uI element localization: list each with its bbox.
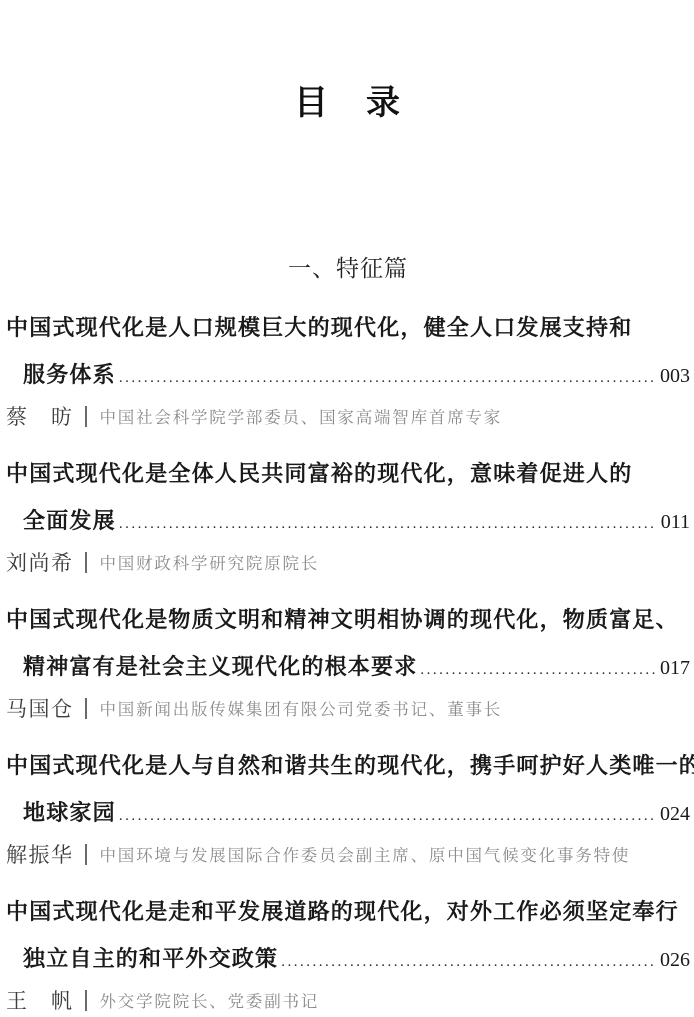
- entry-title-line1: 中国式现代化是全体人民共同富裕的现代化，意味着促进人的: [6, 461, 690, 487]
- entry-title-line2-row: 服务体系 ...................................…: [6, 362, 690, 388]
- entry-author-row: 蔡 昉 中国社会科学院学部委员、国家高端智库首席专家: [6, 404, 690, 428]
- toc-entry: 中国式现代化是人与自然和谐共生的现代化，携手呵护好人类唯一的 地球家园 ....…: [6, 753, 690, 866]
- author-role: 中国环境与发展国际合作委员会副主席、原中国气候变化事务特使: [100, 842, 631, 866]
- entry-title-line1: 中国式现代化是人与自然和谐共生的现代化，携手呵护好人类唯一的: [6, 753, 690, 779]
- dot-leader: ........................................…: [119, 516, 656, 533]
- toc-entry: 中国式现代化是物质文明和精神文明相协调的现代化，物质富足、 精神富有是社会主义现…: [6, 607, 690, 720]
- author-role: 中国社会科学院学部委员、国家高端智库首席专家: [100, 404, 503, 428]
- author-role: 外交学院院长、党委副书记: [100, 988, 320, 1012]
- toc-page: 目 录 一、特征篇 中国式现代化是人口规模巨大的现代化，健全人口发展支持和 服务…: [0, 0, 694, 1017]
- entry-author-row: 刘尚希 中国财政科学研究院原院长: [6, 550, 690, 574]
- separator-bar: [85, 844, 87, 865]
- entry-page-number: 017: [660, 657, 690, 680]
- author-role: 中国财政科学研究院原院长: [100, 550, 320, 574]
- entry-title-line2: 精神富有是社会主义现代化的根本要求: [23, 654, 417, 680]
- entry-title-line2: 全面发展: [23, 508, 116, 534]
- author-name: 刘尚希: [6, 547, 74, 577]
- separator-bar: [85, 698, 87, 719]
- entry-title-line2: 服务体系: [23, 362, 116, 388]
- entry-title-line2-row: 独立自主的和平外交政策 ............................…: [6, 946, 690, 972]
- entry-page-number: 024: [660, 803, 690, 826]
- separator-bar: [85, 990, 87, 1011]
- entry-title-line1: 中国式现代化是人口规模巨大的现代化，健全人口发展支持和: [6, 315, 690, 341]
- entry-title-line2-row: 精神富有是社会主义现代化的根本要求 ......................…: [6, 654, 690, 680]
- toc-entry: 中国式现代化是全体人民共同富裕的现代化，意味着促进人的 全面发展 .......…: [6, 461, 690, 574]
- entry-title-line1: 中国式现代化是物质文明和精神文明相协调的现代化，物质富足、: [6, 607, 690, 633]
- dot-leader: ........................................…: [420, 662, 655, 679]
- entry-page-number: 011: [661, 511, 690, 534]
- author-name: 王 帆: [6, 985, 74, 1015]
- entry-title-line1: 中国式现代化是走和平发展道路的现代化，对外工作必须坚定奉行: [6, 899, 690, 925]
- author-role: 中国新闻出版传媒集团有限公司党委书记、董事长: [100, 696, 503, 720]
- entry-author-row: 解振华 中国环境与发展国际合作委员会副主席、原中国气候变化事务特使: [6, 842, 690, 866]
- dot-leader: ........................................…: [119, 370, 655, 387]
- entry-page-number: 003: [660, 365, 690, 388]
- author-name: 马国仓: [6, 693, 74, 723]
- entry-title-line2-row: 全面发展 ...................................…: [6, 508, 690, 534]
- page-title: 目 录: [6, 84, 690, 124]
- entry-author-row: 马国仓 中国新闻出版传媒集团有限公司党委书记、董事长: [6, 696, 690, 720]
- entry-title-line2: 独立自主的和平外交政策: [23, 946, 278, 972]
- dot-leader: ........................................…: [281, 954, 655, 971]
- toc-entry: 中国式现代化是人口规模巨大的现代化，健全人口发展支持和 服务体系 .......…: [6, 315, 690, 428]
- author-name: 蔡 昉: [6, 401, 74, 431]
- entry-author-row: 王 帆 外交学院院长、党委副书记: [6, 988, 690, 1012]
- toc-entry-list: 中国式现代化是人口规模巨大的现代化，健全人口发展支持和 服务体系 .......…: [6, 315, 690, 1012]
- section-heading: 一、特征篇: [6, 254, 690, 282]
- entry-title-line2-row: 地球家园 ...................................…: [6, 800, 690, 826]
- toc-entry: 中国式现代化是走和平发展道路的现代化，对外工作必须坚定奉行 独立自主的和平外交政…: [6, 899, 690, 1012]
- separator-bar: [85, 406, 87, 427]
- entry-title-line2: 地球家园: [23, 800, 116, 826]
- author-name: 解振华: [6, 839, 74, 869]
- separator-bar: [85, 552, 87, 573]
- dot-leader: ........................................…: [119, 808, 655, 825]
- entry-page-number: 026: [660, 949, 690, 972]
